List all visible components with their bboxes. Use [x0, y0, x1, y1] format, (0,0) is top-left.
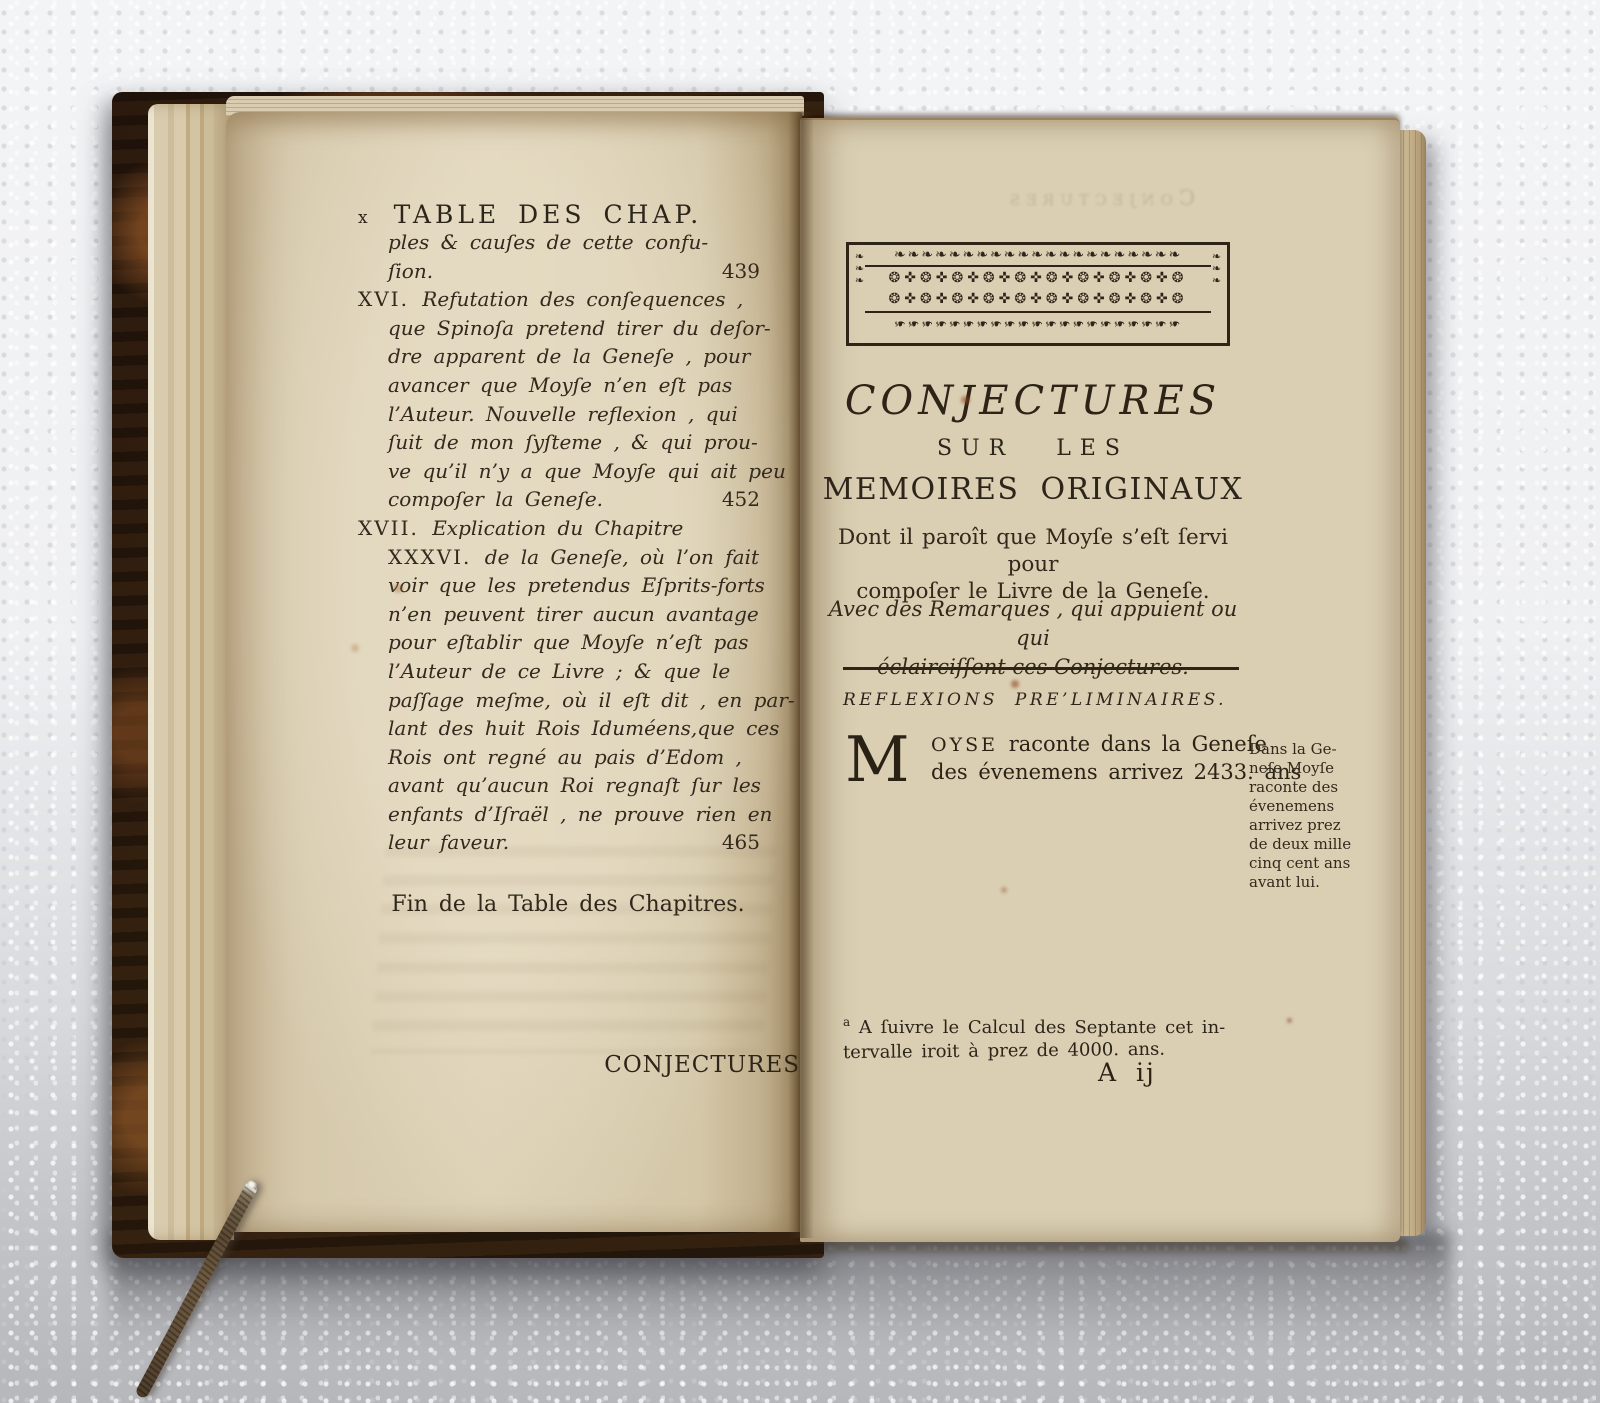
margin-note-line: de deux mille	[1249, 835, 1361, 854]
margin-note-line: neſe Moyſe	[1249, 759, 1361, 778]
cap-word: OYSE	[931, 734, 998, 756]
body-line-1-rest: raconte dans la Geneſe	[998, 732, 1267, 756]
folio-number: x	[358, 208, 368, 228]
ornamental-headpiece: ❧❧❧ ❧❧❧ ❧❧❧❧❧❧❧❧❧❧❧❧❧❧❧❧❧❧❧❧❧ ❂✜❂✜❂✜❂✜❂✜…	[846, 242, 1230, 346]
footnote: a A ſuivre le Calcul des Septante cet in…	[843, 1011, 1245, 1062]
margin-note: Dans la Ge-neſe Moyſeraconte desévenemen…	[1249, 740, 1361, 892]
footnote-text-1: A ſuivre le Calcul des Septante cet in-	[859, 1017, 1225, 1038]
toc-line: XVI. Refutation des conſequences ,	[358, 285, 760, 314]
toc-line: dre apparent de la Geneſe , pour	[358, 342, 760, 371]
toc-line: enfants d’Iſraël , ne prouve rien en	[358, 800, 760, 829]
table-of-chapters-lines: ples & cauſes de cette confu-ſion.439XVI…	[358, 228, 760, 857]
body-line-1: OYSE raconte dans la Geneſe	[843, 731, 1243, 759]
table-end-line: Fin de la Table des Chapitres.	[358, 892, 778, 917]
toc-line: pour eſtablir que Moyſe n’eſt pas	[358, 628, 760, 657]
toc-line: voir que les pretendus Eſprits-forts	[358, 571, 760, 600]
section-heading: REFLEXIONS PRE’LIMINAIRES.	[843, 690, 1243, 710]
toc-line: l’Auteur de ce Livre ; & que le	[358, 657, 760, 686]
foxing-spot	[351, 644, 359, 652]
foxing-spot	[1011, 680, 1019, 688]
ornament-frieze-top: ❧❧❧❧❧❧❧❧❧❧❧❧❧❧❧❧❧❧❧❧❧	[853, 247, 1223, 264]
show-through-header: Conjectures	[955, 186, 1195, 210]
left-page-running-head: xTABLE DES CHAP.	[358, 200, 768, 229]
ornament-middle: ❂✜❂✜❂✜❂✜❂✜❂✜❂✜❂✜❂✜❂ ❂✜❂✜❂✜❂✜❂✜❂✜❂✜❂✜❂✜❂	[865, 265, 1211, 313]
toc-line: XVII. Explication du Chapitre	[358, 514, 760, 543]
toc-line: lant des huit Rois Iduméens,que ces	[358, 714, 760, 743]
toc-line: ve qu’il n’y a que Moyſe qui ait peu	[358, 457, 760, 486]
horizontal-rule	[843, 667, 1239, 670]
toc-line: que Spinoſa pretend tirer du deſor-	[358, 314, 760, 343]
subtitle-memoires: MEMOIRES ORIGINAUX	[820, 472, 1246, 507]
ornament-rosette-row-2: ❂✜❂✜❂✜❂✜❂✜❂✜❂✜❂✜❂✜❂	[865, 289, 1211, 310]
toc-line: paſſage meſme, où il eſt dit , en par-	[358, 686, 760, 715]
remark-line: Avec des Remarques , qui appuient ou qui	[826, 595, 1240, 653]
body-text: OYSE raconte dans la Geneſe des évenemen…	[843, 731, 1243, 786]
toc-line: ples & cauſes de cette confu-	[358, 228, 760, 257]
margin-note-line: cinq cent ans	[1249, 854, 1361, 873]
footnote-line-1: a A ſuivre le Calcul des Septante cet in…	[843, 1011, 1245, 1039]
footnote-marker: a	[843, 1015, 850, 1029]
running-head-text: TABLE DES CHAP.	[394, 200, 703, 229]
dedication-line: Dont il paroît que Moyſe s’eſt ſervi pou…	[826, 524, 1240, 578]
subtitle-sur-les: SUR LES	[826, 436, 1240, 461]
catchword: CONJECTURES	[360, 1052, 800, 1078]
toc-line: XXXVI. de la Geneſe, où l’on fait	[358, 543, 760, 572]
toc-line: n’en peuvent tirer aucun avantage	[358, 600, 760, 629]
toc-line: Rois ont regné au pais d’Edom ,	[358, 743, 760, 772]
ornament-rosette-row-1: ❂✜❂✜❂✜❂✜❂✜❂✜❂✜❂✜❂✜❂	[865, 268, 1211, 289]
body-line-2: des évenemens arrivez 2433. ans	[843, 759, 1243, 786]
toc-line: avant qu’aucun Roi regnaſt ſur les	[358, 771, 760, 800]
show-through-ghost-text	[371, 846, 778, 1054]
margin-note-line: arrivez prez	[1249, 816, 1361, 835]
foxing-spot	[1001, 887, 1007, 893]
margin-note-line: raconte des	[1249, 778, 1361, 797]
toc-line: avancer que Moyſe n’en eſt pas	[358, 371, 760, 400]
right-fore-edge	[1398, 130, 1426, 1236]
ornament-frieze-bottom: ❧❧❧❧❧❧❧❧❧❧❧❧❧❧❧❧❧❧❧❧❧	[853, 314, 1223, 331]
main-title: CONJECTURES	[826, 378, 1240, 424]
foxing-spot	[1287, 1018, 1292, 1023]
toc-line: ſion.439	[358, 257, 760, 286]
toc-line: ſuit de mon ſyſteme , & qui prou-	[358, 428, 760, 457]
toc-line: leur faveur.465	[358, 828, 760, 857]
signature-mark: A ij	[1098, 1058, 1218, 1087]
ornament-side-right: ❧❧❧	[1209, 251, 1224, 287]
foxing-spot	[961, 396, 970, 404]
foxing-spot	[393, 584, 403, 593]
margin-note-line: Dans la Ge-	[1249, 740, 1361, 759]
photo-of-open-book: xTABLE DES CHAP. ples & cauſes de cette …	[0, 0, 1600, 1403]
toc-line: l’Auteur. Nouvelle reflexion , qui	[358, 400, 760, 429]
ornament-side-left: ❧❧❧	[852, 251, 867, 287]
toc-line: compoſer la Geneſe.452	[358, 485, 760, 514]
left-page-edge-stack	[148, 104, 234, 1240]
margin-note-line: avant lui.	[1249, 873, 1361, 892]
margin-note-line: évenemens	[1249, 797, 1361, 816]
dedication-lines: Dont il paroît que Moyſe s’eſt ſervi pou…	[826, 524, 1240, 605]
